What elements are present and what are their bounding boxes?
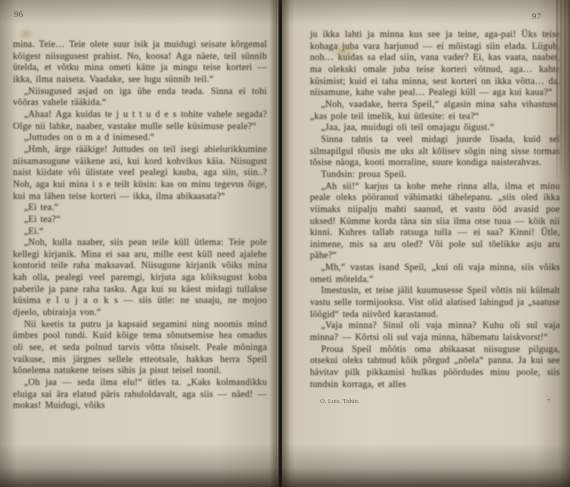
paragraph: „Juttudes on o m a d inimesed.“ xyxy=(13,133,267,145)
paragraph: Tundsin: proua Speil. xyxy=(310,170,560,182)
left-page: 96 mina. Teie… Teie olete suur isik ja m… xyxy=(0,0,277,487)
right-page-text: ju ikka lahti ja minna kus see ja teine,… xyxy=(310,30,560,391)
paragraph: ju ikka lahti ja minna kus see ja teine,… xyxy=(310,30,560,100)
paragraph: mina. Teie… Teie olete suur isik ja muid… xyxy=(13,40,267,87)
paragraph: „Jaa, jaa, muidugi oli teil omajagu õigu… xyxy=(310,123,560,135)
paragraph: Imestusin, et teise jälil kuumusesse Spe… xyxy=(310,286,560,321)
paragraph: „Niisugused asjad on iga ühe enda teada.… xyxy=(13,87,267,110)
paragraph: „Noh, vaadake, herra Speil,“ algasin min… xyxy=(310,100,560,123)
paragraph: „Ei.“ xyxy=(13,227,267,239)
signature-row: O. Luts. Tuhin. 7 xyxy=(320,398,550,405)
paragraph: „Ahaa! Aga kuidas te j u t t u d e s toh… xyxy=(13,110,267,133)
paragraph: Sinna tahtis ta veel midagi juurde lisad… xyxy=(310,135,560,170)
paragraph: „Ah sii!“ karjus ta kohe mehe rinna alla… xyxy=(310,182,560,264)
paragraph: „Oh jaa — seda ilma elu!“ ütles ta. „Kak… xyxy=(13,378,267,413)
left-page-text: mina. Teie… Teie olete suur isik ja muid… xyxy=(13,40,267,413)
paragraph: „Ei tea?“ xyxy=(13,215,267,227)
paragraph: „Hmh, ärge rääkige! Juttudes on teil ise… xyxy=(13,145,267,203)
paragraph: „Noh, kulla naaber, siis pean teile küll… xyxy=(13,238,267,320)
paragraph: Nii keetis ta putru ja kapsaid segamini … xyxy=(13,320,267,378)
book-spread-photo: 96 mina. Teie… Teie olete suur isik ja m… xyxy=(0,0,570,487)
paragraph: „Ei tea.“ xyxy=(13,203,267,215)
footer-signature: O. Luts. Tuhin. xyxy=(320,398,360,405)
page-number-right: 97 xyxy=(532,11,542,21)
paragraph: „Mh,“ vastas isand Speil, „kui oli vaja … xyxy=(310,263,560,286)
paragraph: Proua Speil mõõtis oma abikaasat niisugu… xyxy=(310,345,560,392)
gutter-crease xyxy=(279,0,282,487)
page-number-left: 96 xyxy=(14,9,24,19)
signature-mark: 7 xyxy=(547,398,550,405)
paragraph: „Vaja minna? Sinul oli vaja minna? Kuhu … xyxy=(310,321,560,344)
right-page: 97 ju ikka lahti ja minna kus see ja tei… xyxy=(283,0,570,487)
